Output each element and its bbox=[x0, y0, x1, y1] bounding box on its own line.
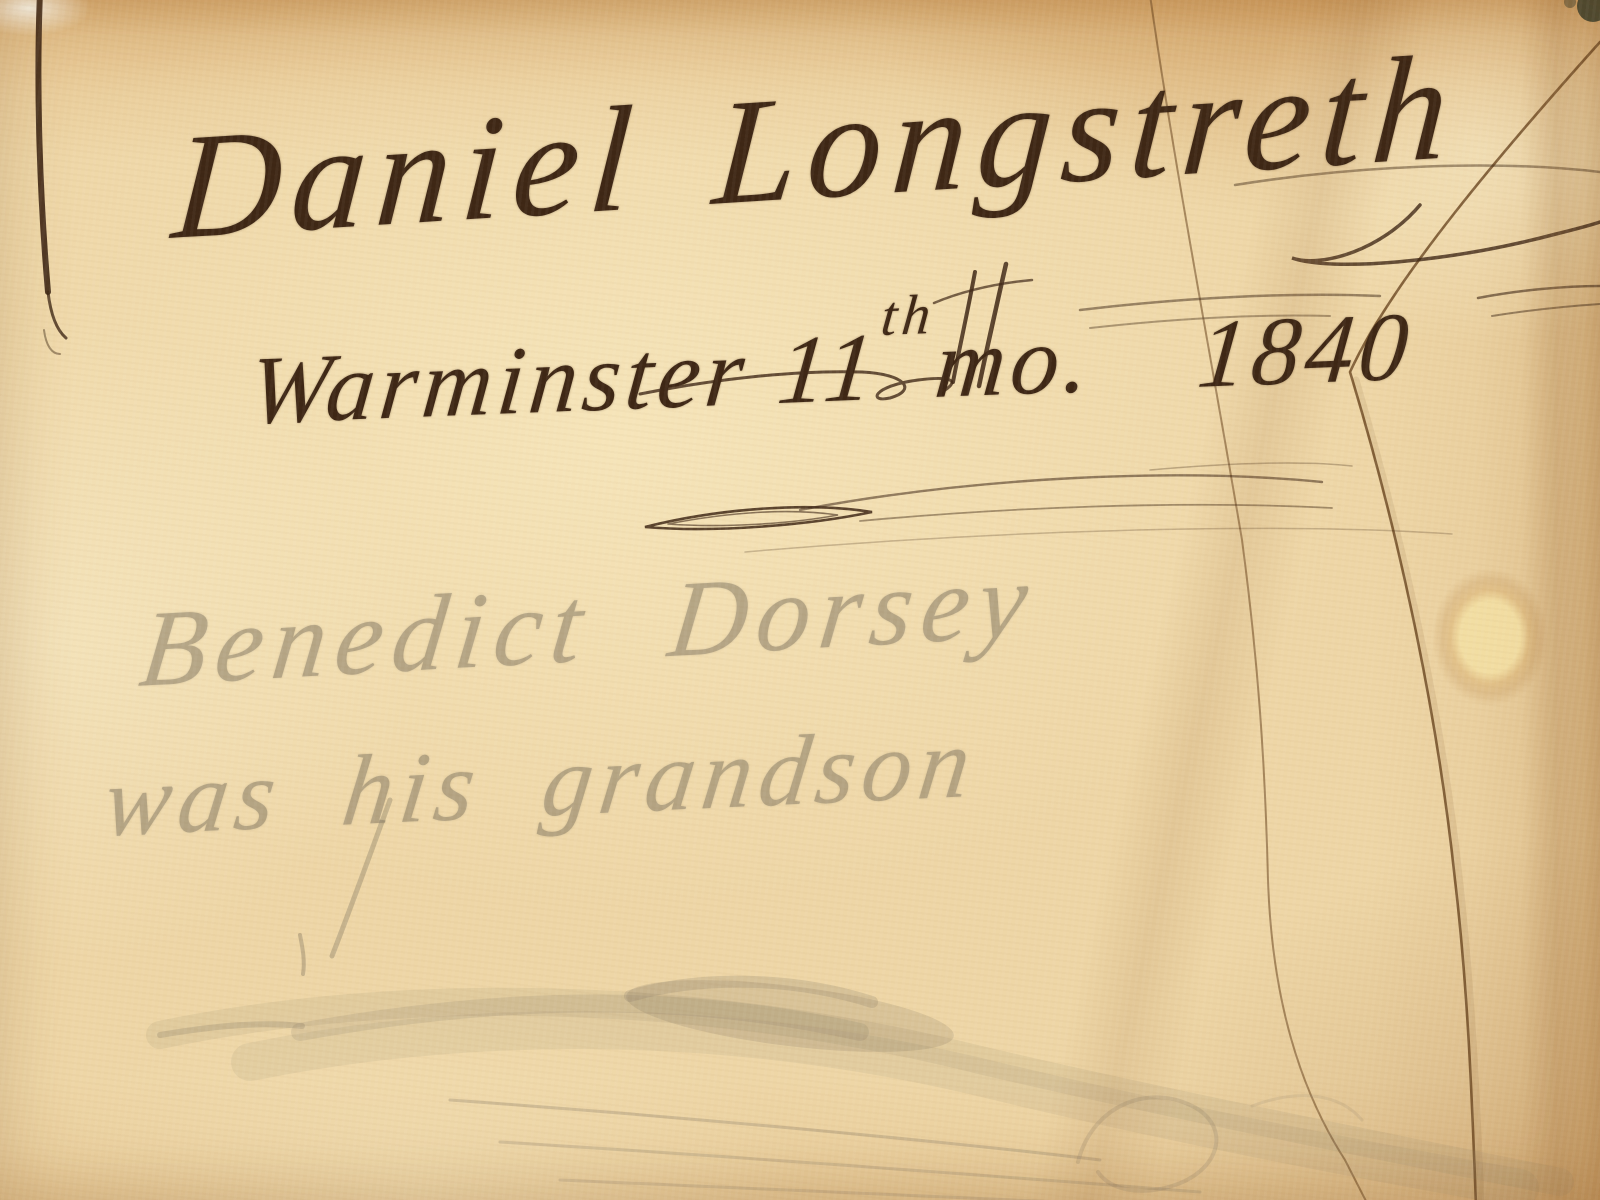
water-stain bbox=[1432, 568, 1548, 706]
year-number: 1840 bbox=[1193, 292, 1418, 408]
day-number: 11 bbox=[773, 313, 884, 424]
underline-flourish bbox=[645, 463, 1452, 552]
relationship-note-text: was his grandson bbox=[98, 706, 984, 857]
left-edge-ink-stroke bbox=[38, 0, 66, 354]
pencil-smudge bbox=[160, 935, 1560, 1200]
ink-inscription-name: Daniel Longstreth bbox=[168, 31, 1463, 263]
faint-pencil-mark bbox=[1078, 1096, 1362, 1191]
pencil-inscription-note: was his grandson bbox=[99, 712, 983, 852]
ink-inscription-place-date: Warminster11thmo.1840 bbox=[245, 297, 1418, 439]
place-text: Warminster bbox=[245, 318, 755, 445]
corner-dark-spot bbox=[1564, 0, 1600, 22]
manuscript-page-photo: Daniel Longstreth Warminster11thmo.1840 … bbox=[0, 0, 1600, 1200]
owner-name-text: Daniel Longstreth bbox=[168, 23, 1465, 271]
month-abbreviation: mo. bbox=[931, 305, 1100, 419]
pencil-inscription-name: Benedict Dorsey bbox=[135, 546, 1042, 705]
smudge-dark-core bbox=[623, 966, 958, 1066]
day-ordinal-suffix: th bbox=[878, 283, 938, 347]
grandson-name-text: Benedict Dorsey bbox=[134, 540, 1043, 710]
